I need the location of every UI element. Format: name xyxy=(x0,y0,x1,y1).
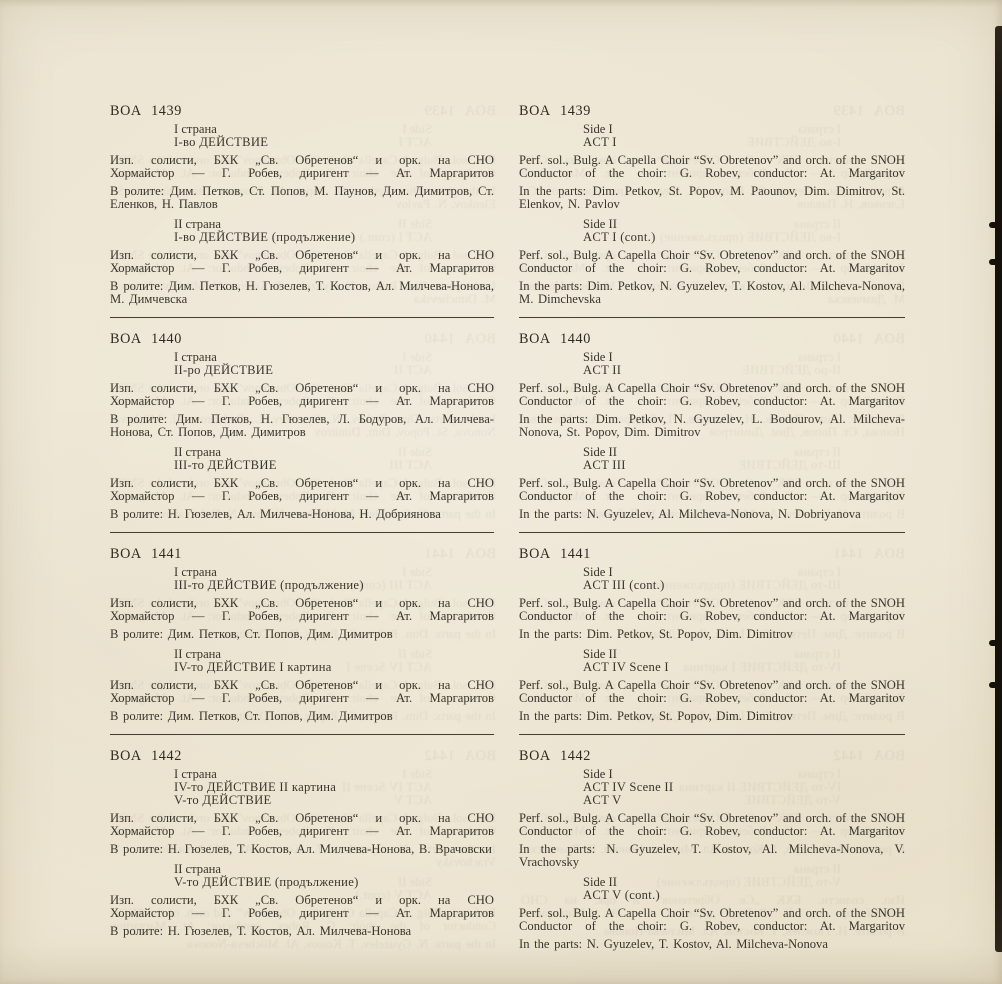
catalog-block-1441-en: BOA 1441 Side I ACT III (cont.) Perf. so… xyxy=(519,547,905,735)
roles-line: In the parts: N. Gyuzelev, Al. Milcheva-… xyxy=(519,508,905,521)
side-heading: Side II ACT IV Scene I xyxy=(583,648,905,674)
credits: Perf. sol., Bulg. A Capella Choir “Sv. O… xyxy=(519,679,905,705)
act-title: ACT I xyxy=(583,136,905,149)
conductors-line: Conductor of the choir: G. Robev, conduc… xyxy=(519,825,905,838)
roles-line: In the parts: Dim. Petkov, N. Gyuzelev, … xyxy=(519,280,905,306)
side-label: Side I xyxy=(583,123,905,136)
act-title: ACT II xyxy=(583,364,905,377)
conductors-line: Conductor of the choir: G. Robev, conduc… xyxy=(519,395,905,408)
roles-line: In the parts: N. Gyuzelev, T. Kostov, Al… xyxy=(519,843,905,869)
side-heading: Side I ACT I xyxy=(583,123,905,149)
conductors-line: Хормайстор — Г. Робев, диригент — Ат. Ма… xyxy=(110,262,494,275)
credits: Изп. солисти, БХК „Св. Обретенов“ и орк.… xyxy=(110,154,494,180)
side-heading: I страна III-то ДЕЙСТВИЕ (продължение) xyxy=(174,566,494,592)
conductors-line: Хормайстор — Г. Робев, диригент — Ат. Ма… xyxy=(110,167,494,180)
side-section: I страна III-то ДЕЙСТВИЕ (продължение) И… xyxy=(110,566,494,641)
side-section: I страна IV-то ДЕЙСТВИЕ II картина V-то … xyxy=(110,768,494,856)
act-title: ACT IV Scene I xyxy=(583,661,905,674)
catalog-number: BOA 1441 xyxy=(519,547,905,562)
credits: Изп. солисти, БХК „Св. Обретенов“ и орк.… xyxy=(110,382,494,408)
side-section: Side II ACT IV Scene I Perf. sol., Bulg.… xyxy=(519,648,905,723)
conductors-line: Хормайстор — Г. Робев, диригент — Ат. Ма… xyxy=(110,610,494,623)
roles-line: In the parts: N. Gyuzelev, T. Kostov, Al… xyxy=(519,938,905,951)
roles-line: В ролите: Дим. Петков, Н. Гюзелев, Л. Бо… xyxy=(110,413,494,439)
side-section: Side I ACT I Perf. sol., Bulg. A Capella… xyxy=(519,123,905,211)
conductors-line: Conductor of the choir: G. Robev, conduc… xyxy=(519,490,905,503)
side-heading: Side I ACT IV Scene II ACT V xyxy=(583,768,905,807)
roles-line: В ролите: Н. Гюзелев, Т. Костов, Ал. Мил… xyxy=(110,925,494,938)
roles-line: In the parts: Dim. Petkov, St. Popov, M.… xyxy=(519,185,905,211)
catalog-number: BOA 1442 xyxy=(110,749,494,764)
credits: Изп. солисти, БХК „Св. Обретенов“ и орк.… xyxy=(110,894,494,920)
conductors-line: Conductor of the choir: G. Robev, conduc… xyxy=(519,167,905,180)
side-heading: I страна I-во ДЕЙСТВИЕ xyxy=(174,123,494,149)
side-section: I страна I-во ДЕЙСТВИЕ Изп. солисти, БХК… xyxy=(110,123,494,211)
roles-line: В ролите: Дим. Петков, Ст. Попов, Дим. Д… xyxy=(110,710,494,723)
catalog-number: BOA 1439 xyxy=(519,104,905,119)
credits: Perf. sol., Bulg. A Capella Choir “Sv. O… xyxy=(519,154,905,180)
conductors-line: Conductor of the choir: G. Robev, conduc… xyxy=(519,920,905,933)
credits: Изп. солисти, БХК „Св. Обретенов“ и орк.… xyxy=(110,597,494,623)
binding-staple-mark xyxy=(989,222,998,228)
credits: Perf. sol., Bulg. A Capella Choir “Sv. O… xyxy=(519,477,905,503)
act-title: I-во ДЕЙСТВИЕ xyxy=(174,136,494,149)
catalog-block-1439-bg: BOA 1439 I страна I-во ДЕЙСТВИЕ Изп. сол… xyxy=(110,104,494,318)
catalog-number: BOA 1440 xyxy=(519,332,905,347)
credits: Perf. sol., Bulg. A Capella Choir “Sv. O… xyxy=(519,907,905,933)
catalog-block-1439-en: BOA 1439 Side I ACT I Perf. sol., Bulg. … xyxy=(519,104,905,318)
side-section: Side I ACT IV Scene II ACT V Perf. sol.,… xyxy=(519,768,905,869)
act-title: ACT I (cont.) xyxy=(583,231,905,244)
roles-line: В ролите: Н. Гюзелев, Ал. Милчева-Нонова… xyxy=(110,508,494,521)
roles-line: В ролите: Дим. Петков, Ст. Попов, М. Пау… xyxy=(110,185,494,211)
act-title: ACT IV Scene II xyxy=(583,781,905,794)
act-title: ACT III (cont.) xyxy=(583,579,905,592)
side-section: I страна II-ро ДЕЙСТВИЕ Изп. солисти, БХ… xyxy=(110,351,494,439)
act-title: ACT V xyxy=(583,794,905,807)
conductors-line: Хормайстор — Г. Робев, диригент — Ат. Ма… xyxy=(110,907,494,920)
side-heading: II страна IV-то ДЕЙСТВИЕ I картина xyxy=(174,648,494,674)
side-heading: Side I ACT III (cont.) xyxy=(583,566,905,592)
side-section: Side II ACT I (cont.) Perf. sol., Bulg. … xyxy=(519,218,905,306)
conductors-line: Хормайстор — Г. Робев, диригент — Ат. Ма… xyxy=(110,395,494,408)
side-heading: I страна IV-то ДЕЙСТВИЕ II картина V-то … xyxy=(174,768,494,807)
credits: Изп. солисти, БХК „Св. Обретенов“ и орк.… xyxy=(110,477,494,503)
side-section: Side I ACT III (cont.) Perf. sol., Bulg.… xyxy=(519,566,905,641)
conductors-line: Хормайстор — Г. Робев, диригент — Ат. Ма… xyxy=(110,692,494,705)
roles-line: In the parts: Dim. Petkov, St. Popov, Di… xyxy=(519,628,905,641)
liner-notes-columns: BOA 1439 I страна I-во ДЕЙСТВИЕ Изп. сол… xyxy=(110,104,905,962)
catalog-number: BOA 1442 xyxy=(519,749,905,764)
roles-line: In the parts: Dim. Petkov, St. Popov, Di… xyxy=(519,710,905,723)
act-title: III-то ДЕЙСТВИЕ (продължение) xyxy=(174,579,494,592)
scan-edge-strip xyxy=(995,26,1002,952)
catalog-number: BOA 1441 xyxy=(110,547,494,562)
side-label: Side II xyxy=(583,446,905,459)
credits: Изп. солисти, БХК „Св. Обретенов“ и орк.… xyxy=(110,812,494,838)
binding-staple-mark xyxy=(989,682,998,688)
binding-staple-mark xyxy=(989,640,998,646)
scanned-page: BOA 1439 I страна I-во ДЕЙСТВИЕ Изп. сол… xyxy=(0,0,1002,984)
credits: Изп. солисти, БХК „Св. Обретенов“ и орк.… xyxy=(110,679,494,705)
side-heading: Side II ACT V (cont.) xyxy=(583,876,905,902)
credits: Perf. sol., Bulg. A Capella Choir “Sv. O… xyxy=(519,812,905,838)
catalog-block-1441-bg: BOA 1441 I страна III-то ДЕЙСТВИЕ (продъ… xyxy=(110,547,494,735)
side-section: Side II ACT III Perf. sol., Bulg. A Cape… xyxy=(519,446,905,521)
side-heading: Side II ACT III xyxy=(583,446,905,472)
act-title: ACT V (cont.) xyxy=(583,889,905,902)
act-title: III-то ДЕЙСТВИЕ xyxy=(174,459,494,472)
side-label: Side I xyxy=(583,351,905,364)
act-title: V-то ДЕЙСТВИЕ (продължение) xyxy=(174,876,494,889)
catalog-block-1442-bg: BOA 1442 I страна IV-то ДЕЙСТВИЕ II карт… xyxy=(110,749,494,962)
side-section: Side II ACT V (cont.) Perf. sol., Bulg. … xyxy=(519,876,905,951)
act-title: II-ро ДЕЙСТВИЕ xyxy=(174,364,494,377)
credits: Perf. sol., Bulg. A Capella Choir “Sv. O… xyxy=(519,382,905,408)
side-section: Side I ACT II Perf. sol., Bulg. A Capell… xyxy=(519,351,905,439)
act-title: ACT III xyxy=(583,459,905,472)
conductors-line: Conductor of the choir: G. Robev, conduc… xyxy=(519,262,905,275)
catalog-block-1440-bg: BOA 1440 I страна II-ро ДЕЙСТВИЕ Изп. со… xyxy=(110,332,494,533)
conductors-line: Хормайстор — Г. Робев, диригент — Ат. Ма… xyxy=(110,825,494,838)
act-title: I-во ДЕЙСТВИЕ (продължение) xyxy=(174,231,494,244)
side-heading: II страна I-во ДЕЙСТВИЕ (продължение) xyxy=(174,218,494,244)
act-title: V-то ДЕЙСТВИЕ xyxy=(174,794,494,807)
conductors-line: Conductor of the choir: G. Robev, conduc… xyxy=(519,692,905,705)
roles-line: В ролите: Дим. Петков, Ст. Попов, Дим. Д… xyxy=(110,628,494,641)
side-section: II страна I-во ДЕЙСТВИЕ (продължение) Из… xyxy=(110,218,494,306)
side-section: II страна III-то ДЕЙСТВИЕ Изп. солисти, … xyxy=(110,446,494,521)
binding-staple-mark xyxy=(989,259,998,265)
catalog-number: BOA 1440 xyxy=(110,332,494,347)
side-heading: I страна II-ро ДЕЙСТВИЕ xyxy=(174,351,494,377)
side-heading: Side II ACT I (cont.) xyxy=(583,218,905,244)
credits: Perf. sol., Bulg. A Capella Choir “Sv. O… xyxy=(519,597,905,623)
side-heading: Side I ACT II xyxy=(583,351,905,377)
side-section: II страна IV-то ДЕЙСТВИЕ I картина Изп. … xyxy=(110,648,494,723)
side-heading: II страна III-то ДЕЙСТВИЕ xyxy=(174,446,494,472)
conductors-line: Хормайстор — Г. Робев, диригент — Ат. Ма… xyxy=(110,490,494,503)
credits: Изп. солисти, БХК „Св. Обретенов“ и орк.… xyxy=(110,249,494,275)
credits: Perf. sol., Bulg. A Capella Choir “Sv. O… xyxy=(519,249,905,275)
catalog-block-1440-en: BOA 1440 Side I ACT II Perf. sol., Bulg.… xyxy=(519,332,905,533)
catalog-number: BOA 1439 xyxy=(110,104,494,119)
side-heading: II страна V-то ДЕЙСТВИЕ (продължение) xyxy=(174,863,494,889)
roles-line: In the parts: Dim. Petkov, N. Gyuzelev, … xyxy=(519,413,905,439)
act-title: IV-то ДЕЙСТВИЕ I картина xyxy=(174,661,494,674)
roles-line: В ролите: Н. Гюзелев, Т. Костов, Ал. Мил… xyxy=(110,843,494,856)
side-section: II страна V-то ДЕЙСТВИЕ (продължение) Из… xyxy=(110,863,494,938)
roles-line: В ролите: Дим. Петков, Н. Гюзелев, Т. Ко… xyxy=(110,280,494,306)
catalog-block-1442-en: BOA 1442 Side I ACT IV Scene II ACT V Pe… xyxy=(519,749,905,962)
conductors-line: Conductor of the choir: G. Robev, conduc… xyxy=(519,610,905,623)
